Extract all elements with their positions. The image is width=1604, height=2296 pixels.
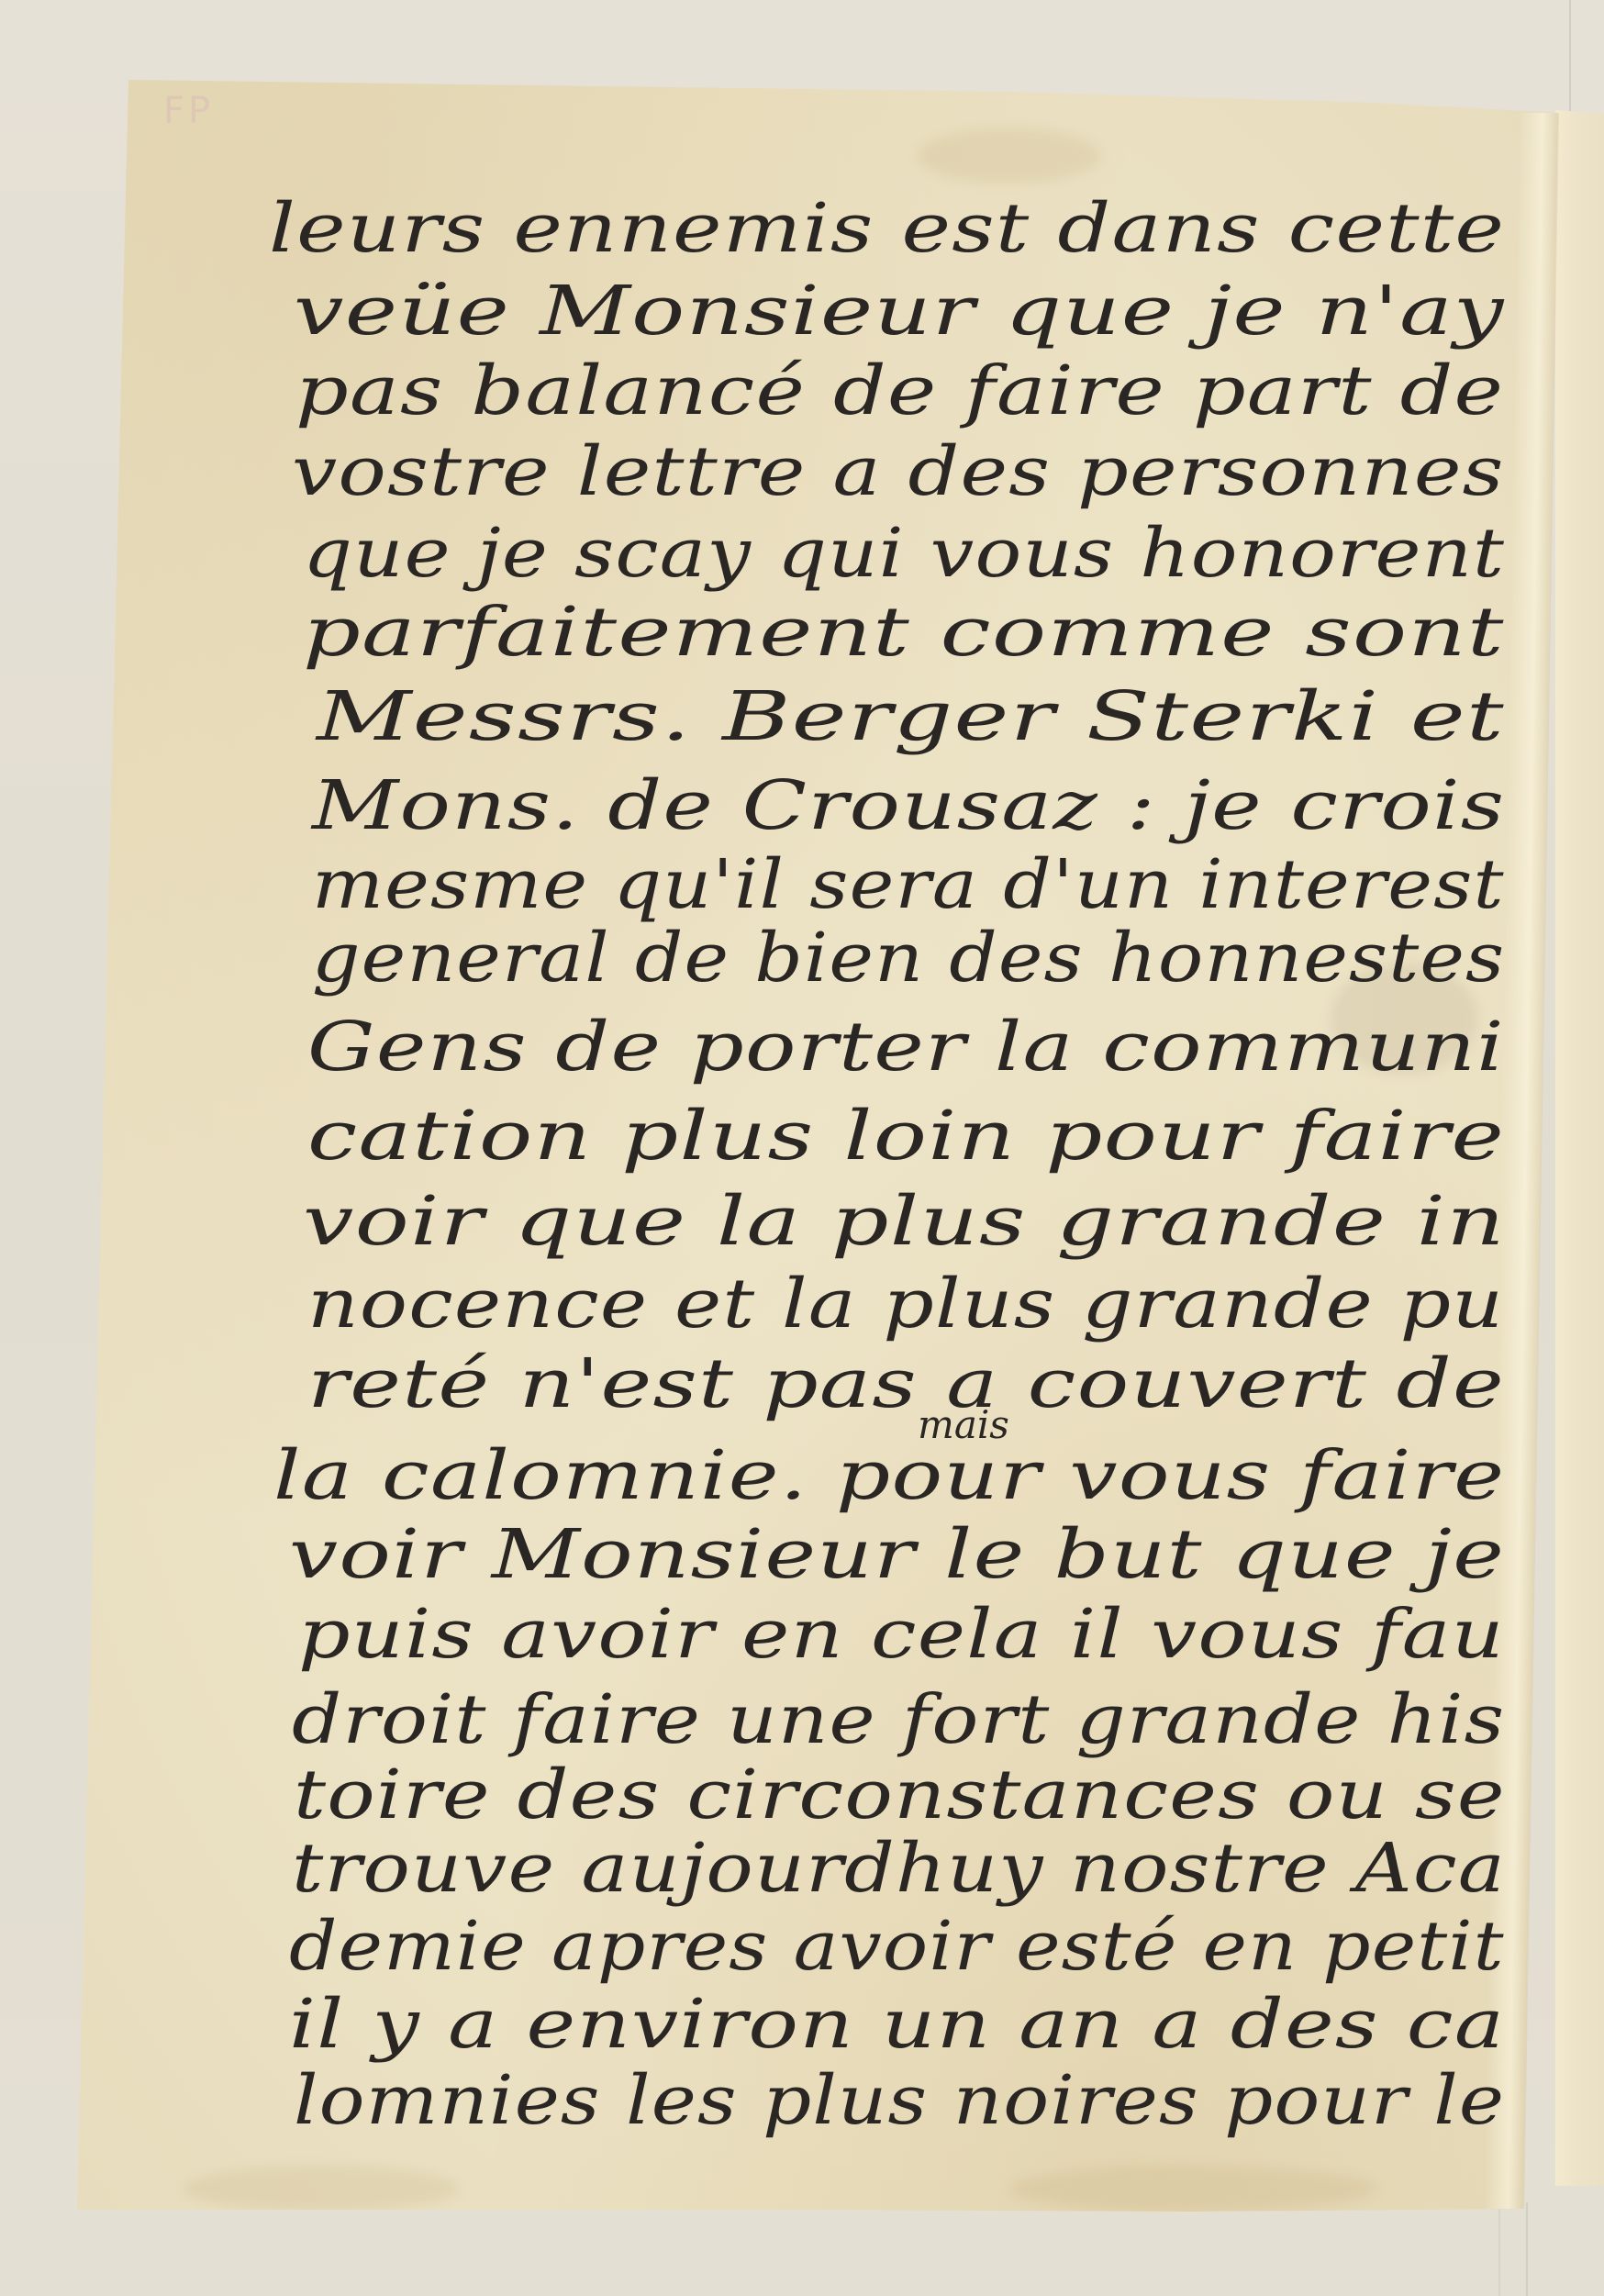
manuscript-line-20: toire des circonstances ou se [294, 1761, 1506, 1829]
manuscript-line-10: general de bien des honnestes [312, 924, 1505, 992]
manuscript-line-3: pas balancé de faire part de [295, 357, 1504, 425]
manuscript-line-23: il y a environ un an a des ca [289, 1990, 1505, 2058]
manuscript-line-6: parfaitement comme sont [303, 598, 1505, 666]
manuscript-line-12: cation plus loin pour faire [307, 1102, 1505, 1170]
manuscript-line-8: Mons. de Crousaz : je crois [312, 772, 1505, 840]
manuscript-line-13: voir que la plus grande in [303, 1187, 1506, 1255]
manuscript-line-7: Messrs. Berger Sterki et [317, 683, 1505, 751]
manuscript-line-9: mesme qu'il sera d'un interest [312, 851, 1505, 919]
manuscript-line-11: Gens de porter la communi [307, 1013, 1505, 1081]
manuscript-line-18: puis avoir en cela il vous fau [298, 1600, 1505, 1668]
manuscript-line-19: droit faire une fort grande his [292, 1686, 1505, 1754]
handwritten-text: leurs ennemis est dans cette veüe Monsie… [0, 0, 1604, 2296]
manuscript-line-16: la calomnie. pour vous faire [273, 1442, 1505, 1510]
manuscript-line-14: nocence et la plus grande pu [307, 1270, 1504, 1338]
manuscript-line-2: veüe Monsieur que je n'ay [294, 277, 1505, 345]
manuscript-line-17: voir Monsieur le but que je [289, 1521, 1505, 1588]
manuscript-line-5: que je scay qui vous honorent [303, 519, 1505, 587]
manuscript-line-1: leurs ennemis est dans cette [269, 195, 1505, 262]
manuscript-line-4: vostre lettre a des personnes [292, 438, 1505, 506]
manuscript-line-21: trouve aujourdhuy nostre Aca [292, 1834, 1506, 1902]
manuscript-line-24: lomnies les plus noires pour le [294, 2067, 1505, 2134]
manuscript-line-22: demie apres avoir esté en petit [289, 1912, 1505, 1980]
manuscript-line-15: reté n'est pas a couvert de [307, 1350, 1505, 1418]
